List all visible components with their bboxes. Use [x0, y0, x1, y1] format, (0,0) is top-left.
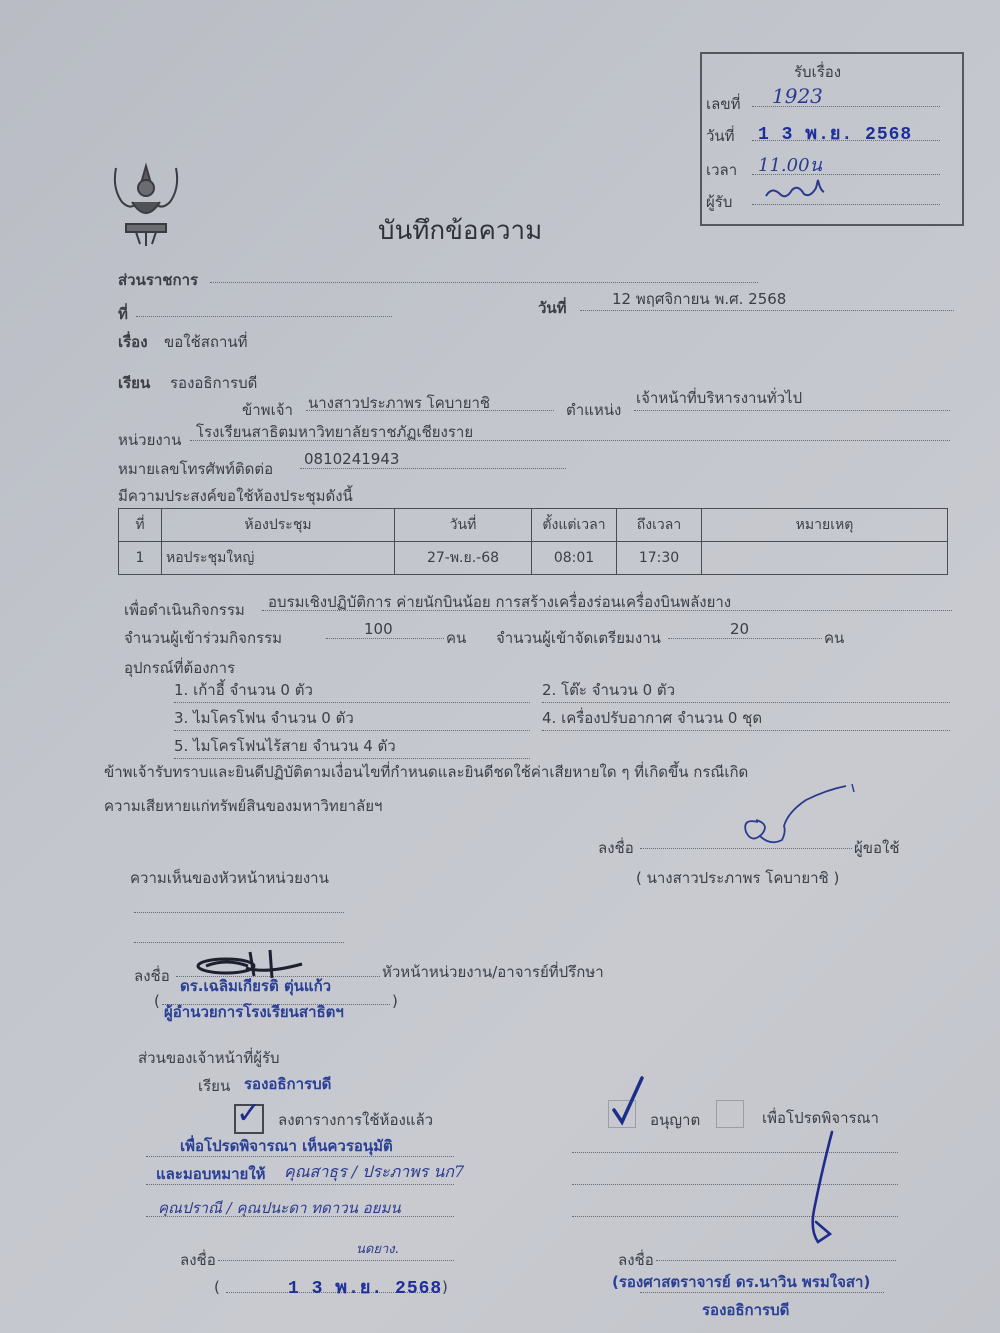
officer-paren-open: ( — [214, 1278, 220, 1296]
cell-room: หอประชุมใหญ่ — [162, 542, 395, 575]
col-header-from: ตั้งแต่เวลา — [532, 509, 617, 542]
receipt-stamp-box: รับเรื่อง เลขที่ 1923 วันที่ 1 3 พ.ย. 25… — [700, 52, 964, 226]
equipment-label: อุปกรณ์ที่ต้องการ — [124, 656, 235, 680]
scheduled-label: ลงตารางการใช้ห้องแล้ว — [278, 1108, 433, 1132]
staff-label: จำนวนผู้เข้าจัดเตรียมงาน — [496, 626, 661, 650]
ref-label: ที่ — [118, 302, 128, 326]
staff-value: 20 — [730, 620, 749, 638]
head-role: หัวหน้าหน่วยงาน/อาจารย์ที่ปรึกษา — [382, 960, 604, 984]
receipt-title: รับเรื่อง — [794, 60, 841, 84]
col-header-no: ที่ — [119, 509, 162, 542]
cell-from: 08:01 — [532, 542, 617, 575]
approver-signature — [800, 1130, 840, 1246]
participants-value: 100 — [364, 620, 393, 638]
room-booking-table: ที่ ห้องประชุม วันที่ ตั้งแต่เวลา ถึงเวล… — [118, 508, 948, 575]
equipment-item: 4. เครื่องปรับอากาศ จำนวน 0 ชุด — [542, 706, 950, 731]
ref-field[interactable] — [136, 316, 392, 317]
receipt-number-label: เลขที่ — [706, 92, 740, 116]
subject-label: เรื่อง — [118, 330, 148, 354]
equipment-item: 5. ไมโครโฟนไร้สาย จำนวน 4 ตัว — [174, 734, 530, 759]
position-value: เจ้าหน้าที่บริหารงานทั่วไป — [636, 386, 802, 410]
receipt-receiver-label: ผู้รับ — [706, 190, 732, 214]
cell-no: 1 — [119, 542, 162, 575]
consider-checkbox[interactable] — [716, 1100, 744, 1128]
receipt-date-value: 1 3 พ.ย. 2568 — [758, 118, 912, 147]
agency-label: ส่วนราชการ — [118, 268, 198, 292]
agreement-line-1: ข้าพเจ้ารับทราบและยินดีปฏิบัติตามเงื่อนไ… — [104, 760, 748, 784]
cell-to: 17:30 — [617, 542, 702, 575]
col-header-room: ห้องประชุม — [162, 509, 395, 542]
date-label: วันที่ — [538, 296, 567, 320]
head-title: ผู้อำนวยการโรงเรียนสาธิตฯ — [164, 1000, 344, 1024]
receipt-time-label: เวลา — [706, 158, 737, 182]
unit-value: โรงเรียนสาธิตมหาวิทยาลัยราชภัฏเชียงราย — [196, 420, 473, 444]
subject-value: ขอใช้สถานที่ — [164, 330, 248, 354]
officer-signature: นดยาง. — [356, 1238, 399, 1259]
receipt-date-label: วันที่ — [706, 124, 735, 148]
equipment-item: 3. ไมโครโฟน จำนวน 0 ตัว — [174, 706, 530, 731]
head-name: ดร.เฉลิมเกียรติ ตุ่นแก้ว — [180, 974, 331, 998]
officer-label: ส่วนของเจ้าหน้าที่ผู้รับ — [138, 1046, 280, 1070]
officer-note-handwritten-2: คุณสาธุร / ประภาพร นก7 — [284, 1160, 464, 1185]
head-sign-label: ลงชื่อ — [134, 964, 170, 988]
requester-signature — [726, 782, 866, 854]
requester-name: ( นางสาวประภาพร โคบายาชิ ) — [636, 866, 839, 890]
col-header-date: วันที่ — [395, 509, 532, 542]
phone-label: หมายเลขโทรศัพท์ติดต่อ — [118, 457, 273, 481]
phone-value: 0810241943 — [304, 450, 399, 468]
requester-label: ข้าพเจ้า — [242, 398, 293, 422]
officer-paren-close: ) — [442, 1278, 448, 1296]
table-row: 1 หอประชุมใหญ่ 27-พ.ย.-68 08:01 17:30 — [119, 542, 948, 575]
check-mark-icon: ✓ — [236, 1096, 261, 1131]
table-header-row: ที่ ห้องประชุม วันที่ ตั้งแต่เวลา ถึงเวล… — [119, 509, 948, 542]
staff-unit: คน — [824, 626, 844, 650]
to-value: รองอธิการบดี — [170, 371, 257, 395]
document-title: บันทึกข้อความ — [378, 210, 542, 251]
cell-note — [702, 542, 948, 575]
officer-date-stamp: 1 3 พ.ย. 2568 — [288, 1272, 442, 1301]
head-paren-close: ) — [392, 992, 398, 1010]
officer-to-label: เรียน — [198, 1074, 230, 1098]
activity-value: อบรมเชิงปฏิบัติการ ค่ายนักบินน้อย การสร้… — [268, 590, 731, 614]
officer-note-line-1: เพื่อโปรดพิจารณา เห็นควรอนุมัติ — [180, 1134, 393, 1158]
approve-check-mark-icon — [610, 1076, 646, 1128]
date-value: 12 พฤศจิกายน พ.ศ. 2568 — [612, 287, 786, 311]
requester-value: นางสาวประภาพร โคบายาชิ — [308, 391, 490, 415]
approver-note-line[interactable] — [572, 1184, 898, 1185]
approver-title: รองอธิการบดี — [702, 1298, 789, 1322]
receiver-signature — [762, 176, 842, 204]
requester-sign-label: ลงชื่อ — [598, 836, 634, 860]
activity-label: เพื่อดำเนินกิจกรรม — [124, 598, 245, 622]
head-opinion-label: ความเห็นของหัวหน้าหน่วยงาน — [130, 866, 329, 890]
unit-label: หน่วยงาน — [118, 428, 181, 452]
equipment-item: 1. เก้าอี้ จำนวน 0 ตัว — [174, 678, 530, 703]
position-label: ตำแหน่ง — [566, 398, 621, 422]
head-opinion-line[interactable] — [134, 942, 344, 943]
approver-name: (รองศาสตราจารย์ ดร.นาวิน พรมใจสา) — [612, 1270, 870, 1294]
col-header-note: หมายเหตุ — [702, 509, 948, 542]
consider-label: เพื่อโปรดพิจารณา — [762, 1106, 879, 1130]
head-opinion-line[interactable] — [134, 912, 344, 913]
approver-note-line[interactable] — [572, 1152, 898, 1153]
approve-label: อนุญาต — [650, 1108, 700, 1132]
agreement-line-2: ความเสียหายแก่ทรัพย์สินของมหาวิทยาลัยฯ — [104, 794, 382, 818]
to-label: เรียน — [118, 371, 150, 395]
equipment-item: 2. โต๊ะ จำนวน 0 ตัว — [542, 678, 950, 703]
requester-role: ผู้ขอใช้ — [854, 836, 900, 860]
garuda-emblem-icon — [106, 158, 186, 248]
approver-note-line[interactable] — [572, 1216, 898, 1217]
cell-date: 27-พ.ย.-68 — [395, 542, 532, 575]
approver-sign-label: ลงชื่อ — [618, 1248, 654, 1272]
participants-unit: คน — [446, 626, 466, 650]
participants-label: จำนวนผู้เข้าร่วมกิจกรรม — [124, 626, 282, 650]
officer-note-line-2: และมอบหมายให้ — [156, 1162, 266, 1186]
agency-field[interactable] — [210, 282, 758, 283]
head-paren-open: ( — [154, 992, 160, 1010]
officer-sign-label: ลงชื่อ — [180, 1248, 216, 1272]
receipt-number-value: 1923 — [772, 84, 823, 108]
officer-to-value: รองอธิการบดี — [244, 1072, 331, 1096]
purpose-intro: มีความประสงค์ขอใช้ห้องประชุมดังนี้ — [118, 484, 353, 508]
col-header-to: ถึงเวลา — [617, 509, 702, 542]
